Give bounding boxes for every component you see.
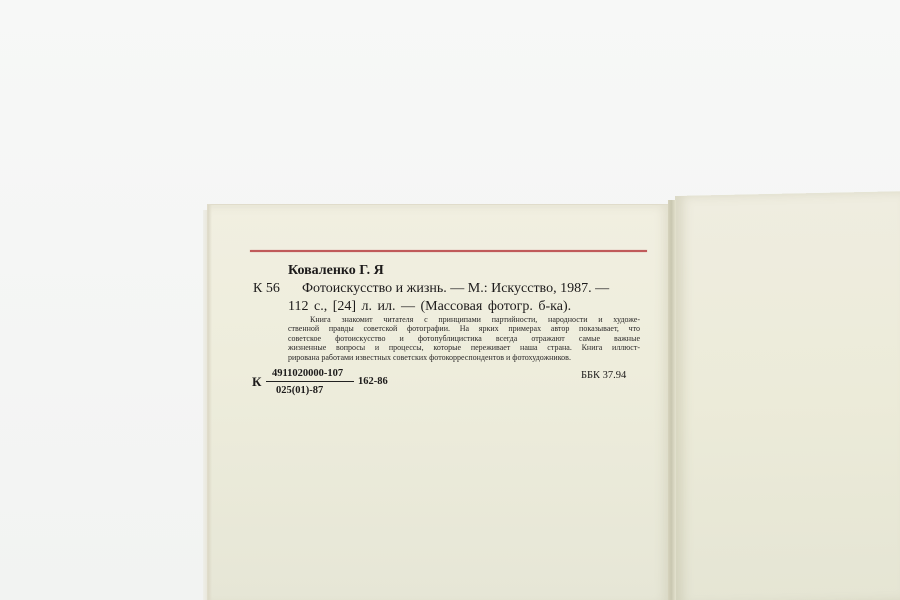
abstract-line: жизненные вопросы и процессы, которые пе…	[288, 343, 640, 352]
abstract-line: Книга знакомит читателя с принципами пар…	[288, 315, 640, 324]
index-denominator: 025(01)-87	[276, 385, 323, 396]
abstract-line: ственной правды советской фотографии. На…	[288, 324, 640, 333]
book-description-line: 112 с., [24] л. ил. — (Массовая фотогр. …	[288, 299, 571, 315]
index-suffix: 162-86	[358, 376, 388, 387]
book-abstract: Книга знакомит читателя с принципами пар…	[288, 315, 640, 362]
index-letter: К	[252, 374, 261, 390]
left-page	[208, 205, 670, 600]
bbk-code: ББК 37.94	[581, 370, 626, 381]
abstract-line: советское фотоискусство и фотопублицисти…	[288, 334, 640, 343]
author-name: Коваленко Г. Я	[288, 263, 384, 279]
red-rule-divider	[250, 250, 647, 252]
book-title-line: Фотоискусство и жизнь. — М.: Искусство, …	[302, 281, 609, 297]
right-page	[675, 191, 900, 600]
fraction-bar	[266, 381, 354, 382]
book-gutter	[668, 200, 676, 600]
catalog-code: К 56	[253, 281, 280, 297]
index-numerator: 4911020000-107	[272, 368, 343, 379]
abstract-line: рирована работами известных советских фо…	[288, 353, 640, 362]
